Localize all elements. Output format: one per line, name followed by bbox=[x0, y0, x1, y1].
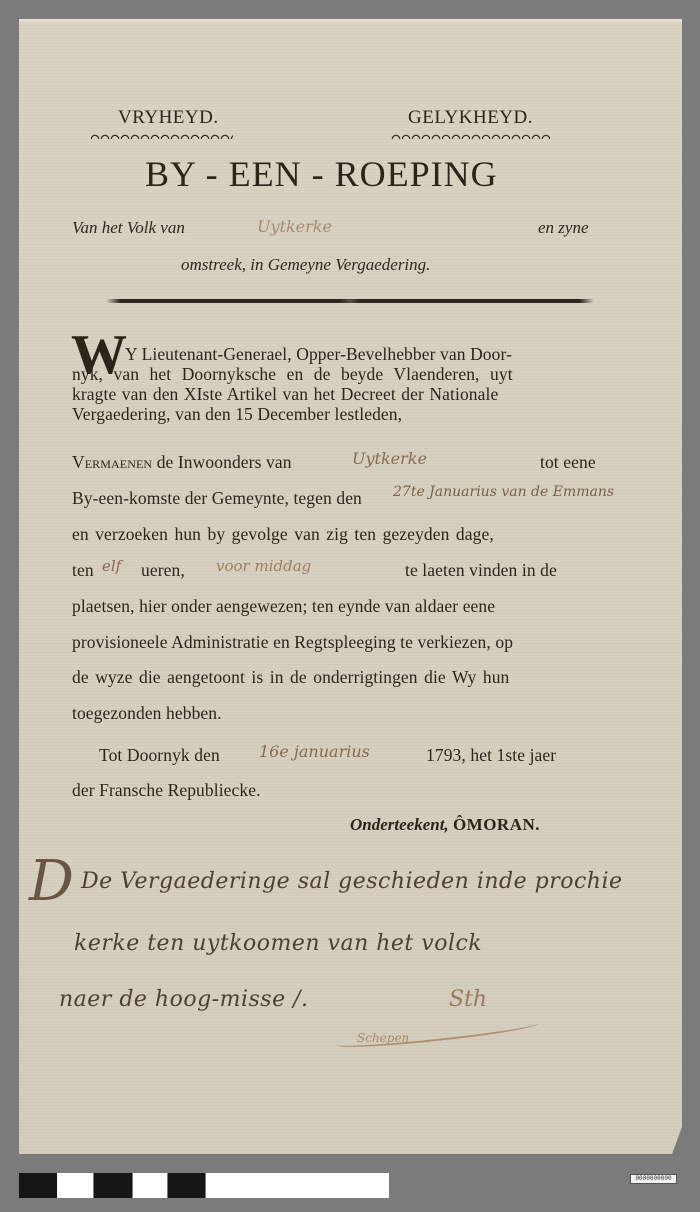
motto-left-flourish bbox=[90, 131, 233, 139]
scale-bar-black-1 bbox=[19, 1173, 57, 1198]
para2-line4-suffix: te laeten vinden in de bbox=[405, 560, 557, 581]
handwritten-place-1: Uytkerke bbox=[257, 217, 332, 236]
para2-line8: toegezonden hebben. bbox=[72, 703, 222, 724]
scale-bar-black-2 bbox=[94, 1173, 132, 1198]
para2-line3: en verzoeken hun by gevolge van zig ten … bbox=[72, 524, 494, 545]
scale-bar-white-2 bbox=[133, 1173, 167, 1198]
signature-block: Onderteekent, ÔMORAN. bbox=[350, 815, 540, 835]
para2-line4-mid: ueren, bbox=[141, 560, 185, 581]
handwritten-note-line2: kerke ten uytkoomen van het volck bbox=[74, 931, 482, 956]
para2-line2: By-een-komste der Gemeynte, tegen den bbox=[72, 488, 362, 509]
document-title: BY - EEN - ROEPING bbox=[145, 153, 498, 195]
handwritten-signature: Sth bbox=[449, 987, 487, 1012]
scale-bar-black-3 bbox=[168, 1173, 205, 1198]
handwritten-issue-date: 16e januarius bbox=[259, 742, 370, 761]
dateline-prefix: Tot Doornyk den bbox=[99, 745, 220, 766]
scale-bar-white-3 bbox=[206, 1173, 389, 1198]
signature-name: ÔMORAN. bbox=[453, 815, 540, 834]
handwritten-big-D: D bbox=[29, 849, 74, 914]
subtitle-line2: omstreek, in Gemeyne Vergaedering. bbox=[181, 255, 430, 275]
subtitle-prefix: Van het Volk van bbox=[72, 218, 185, 238]
para2-line6: provisioneele Administratie en Regtsplee… bbox=[72, 632, 513, 653]
motto-left: VRYHEYD. bbox=[118, 107, 219, 129]
para2-line5: plaetsen, hier onder aengewezen; ten eyn… bbox=[72, 596, 495, 617]
para1-line2: nyk, van het Doornyksche en de beyde Vla… bbox=[72, 364, 513, 385]
archive-id-label: 0000000000 bbox=[630, 1174, 677, 1184]
para2-line4-prefix: ten bbox=[72, 560, 94, 581]
handwritten-hour: elf bbox=[102, 557, 121, 575]
handwritten-note-line1: De Vergaederinge sal geschieden inde pro… bbox=[81, 869, 623, 894]
para2-line1-suffix: tot eene bbox=[540, 452, 596, 473]
signature-label: Onderteekent, bbox=[350, 815, 449, 834]
scale-bar-white-1 bbox=[57, 1173, 93, 1198]
dateline-line2: der Fransche Republiecke. bbox=[72, 780, 261, 801]
para1-line4: Vergaedering, van den 15 December lestle… bbox=[72, 404, 402, 425]
handwritten-place-2: Uytkerke bbox=[352, 449, 427, 468]
motto-right: GELYKHEYD. bbox=[408, 107, 533, 129]
subtitle-suffix: en zyne bbox=[538, 218, 589, 238]
decorative-rule bbox=[106, 299, 594, 303]
motto-right-flourish bbox=[391, 131, 551, 139]
handwritten-note-line3: naer de hoog-misse /. bbox=[59, 987, 308, 1012]
para2-line7: de wyze die aengetoont is in de onderrig… bbox=[72, 667, 509, 688]
para2-line1-text: de Inwoonders van bbox=[157, 452, 292, 472]
handwritten-sub-signature: Schepen bbox=[357, 1031, 409, 1045]
para1-line1: Y Lieutenant-Generael, Opper-Bevelhebber… bbox=[125, 344, 512, 365]
document-paper: VRYHEYD. GELYKHEYD. BY - EEN - ROEPING V… bbox=[19, 19, 682, 1154]
handwritten-date-meeting: 27te Januarius van de Emmans bbox=[393, 484, 614, 500]
para2-line1: Vermaenen de Inwoonders van bbox=[72, 452, 292, 473]
vermaenen-lead: Vermaenen bbox=[72, 452, 152, 472]
para1-line3: kragte van den XIste Artikel van het Dec… bbox=[72, 384, 498, 405]
handwritten-time: voor middag bbox=[216, 557, 311, 575]
dateline-year: 1793, het 1ste jaer bbox=[426, 745, 556, 766]
